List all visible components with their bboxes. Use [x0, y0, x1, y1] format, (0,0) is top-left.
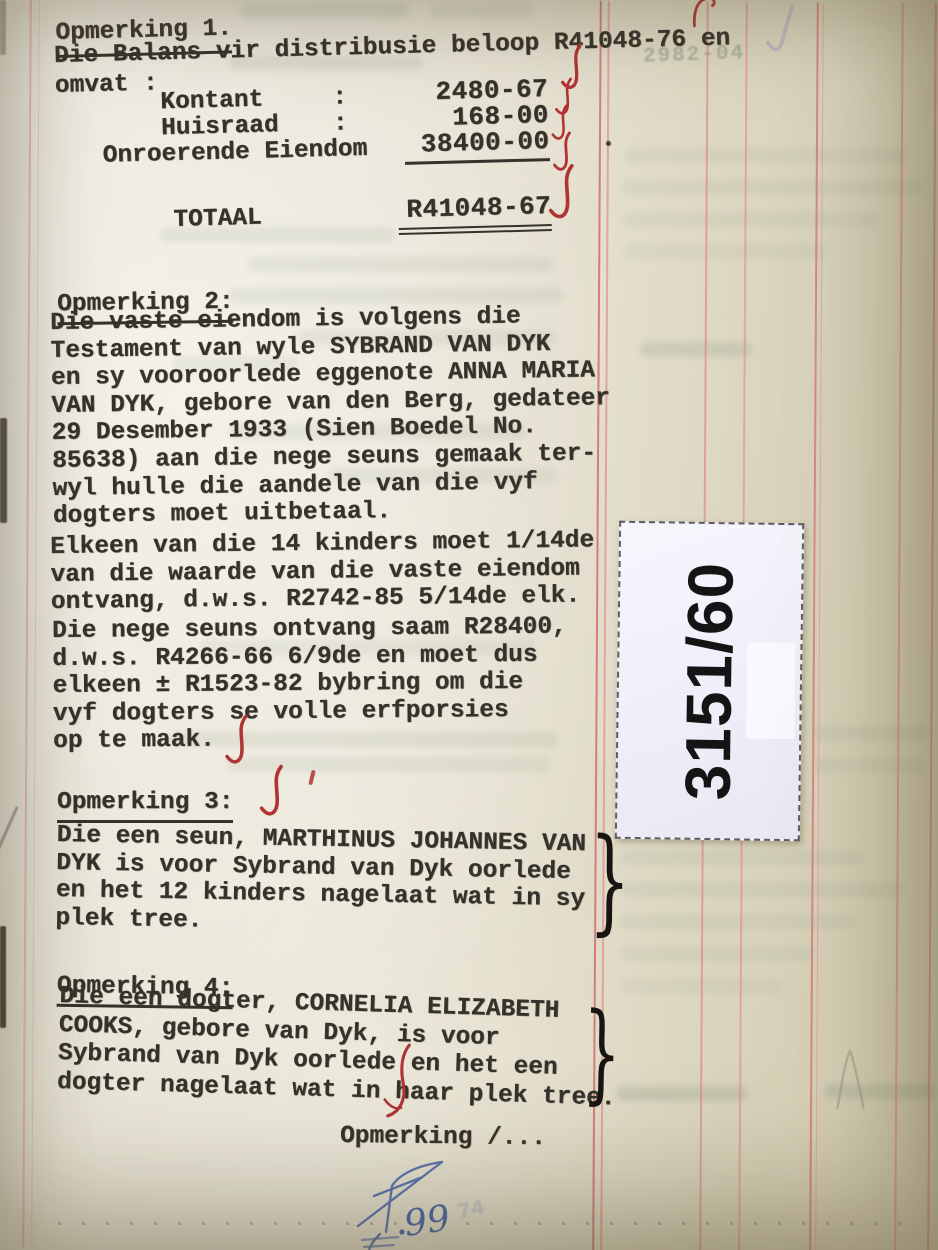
archive-label: 3151/60 — [615, 521, 804, 842]
bleed-through-smudge — [812, 726, 930, 741]
paragraph-marthinus: Die een seun, MARTHINUS JOHANNES VAN DYK… — [55, 822, 586, 942]
bleed-through-smudge — [228, 288, 563, 303]
bleed-through-smudge — [620, 946, 815, 961]
amount-separator: : — [332, 84, 347, 112]
dotted-guide-line — [58, 1222, 920, 1225]
label-light-patch — [746, 643, 795, 740]
bleed-through-smudge — [620, 882, 905, 897]
ghost-signature: 74 — [456, 1196, 487, 1226]
archive-label-number: 3151/60 — [671, 561, 748, 800]
heading-opmerking-3: Opmerking 3: — [57, 761, 233, 823]
amount-label: Onroerende Eiendom — [102, 136, 367, 171]
bleed-through-smudge — [248, 257, 553, 272]
amount-table: Kontant : 2480-67 Huisraad : 168-00 Onro… — [0, 0, 704, 261]
amount-row: Onroerende Eiendom 38400-00 — [1, 130, 601, 146]
bleed-through-smudge — [624, 244, 829, 259]
curly-brace-annotation: } — [581, 984, 622, 1122]
amount-value-underlined: 38400-00 — [404, 128, 550, 164]
total-value: R41048-67 — [398, 193, 552, 235]
red-flourish-mark — [380, 1042, 414, 1120]
checkmark-icon — [222, 714, 252, 764]
bleed-through-smudge — [640, 342, 752, 357]
pencil-mark — [0, 806, 19, 860]
bleed-through-smudge — [620, 914, 855, 929]
checkmark-icon — [256, 764, 288, 816]
amount-row: Huisraad : 168-00 — [1, 104, 601, 120]
checkmark-icon — [545, 163, 579, 219]
faint-checkmark-icon — [762, 2, 798, 56]
total-row: TOTAAL R41048-67 — [3, 196, 603, 212]
bleed-through-smudge — [622, 978, 782, 993]
catchword: Opmerking /... — [340, 1123, 546, 1153]
paragraph-nege-seuns: Die nege seuns ontvang saam R28400, d.w.… — [52, 614, 568, 756]
checkmark-icon — [691, 0, 717, 28]
red-tick-mark — [308, 770, 316, 786]
amount-separator: : — [333, 110, 348, 138]
scanned-document-page: 2982-04 Opmerking 1. Die Balans vir dist… — [0, 0, 938, 1250]
paragraph-cornelia: Die een dogter, CORNELIA ELIZABETH COOKS… — [57, 983, 619, 1114]
paragraph-kinders: Elkeen van die 14 kinders moet 1/14de va… — [50, 527, 595, 616]
bleed-through-smudge — [620, 850, 865, 865]
amount-row: Kontant : 2480-67 — [0, 78, 600, 94]
faint-caret-mark — [833, 1046, 867, 1112]
bleed-through-smudge — [814, 758, 926, 773]
total-label: TOTAAL — [173, 205, 262, 235]
bleed-through-smudge — [616, 1086, 748, 1101]
edge-artifact — [0, 418, 7, 523]
edge-artifact — [0, 926, 6, 1028]
paragraph-testament: Die vaste eiendom is volgens die Testame… — [50, 302, 612, 531]
